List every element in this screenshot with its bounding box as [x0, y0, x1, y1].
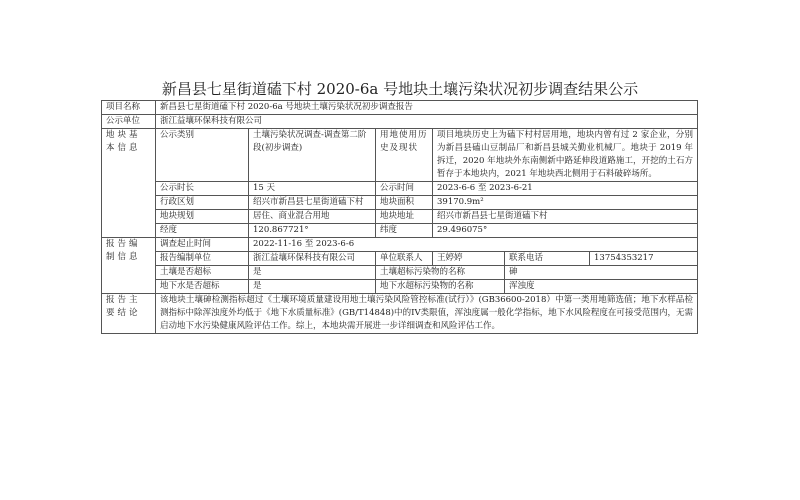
document-title: 新昌县七星街道磕下村 2020-6a 号地块土壤污染状况初步调查结果公示 — [0, 78, 800, 99]
label-publisher: 公示单位 — [102, 115, 156, 129]
section-conclusion: 报告主要结论 — [102, 294, 156, 334]
label-gw-pollutant: 地下水超标污染物的名称 — [376, 280, 505, 294]
row-planning: 地块规划 居住、商业混合用地 地块地址 绍兴市新昌县七星街道磕下村 — [102, 210, 698, 224]
value-gw-exceed: 是 — [249, 280, 376, 294]
label-category: 公示类别 — [156, 129, 249, 182]
value-publisher: 浙江益壤环保科技有限公司 — [156, 115, 698, 129]
value-longitude: 120.867721° — [249, 224, 376, 238]
value-contact: 王婷婷 — [433, 252, 505, 266]
value-duration: 15 天 — [249, 182, 376, 196]
value-history: 项目地块历史上为磕下村村居用地，地块内曾有过 2 家企业，分别为新昌县磕山豆制品… — [433, 129, 698, 182]
row-coordinates: 经度 120.867721° 纬度 29.496075° — [102, 224, 698, 238]
label-soil-pollutant: 土壤超标污染物的名称 — [376, 266, 505, 280]
label-phone: 联系电话 — [505, 252, 590, 266]
value-soil-exceed: 是 — [249, 266, 376, 280]
label-duration: 公示时长 — [156, 182, 249, 196]
label-project-name: 项目名称 — [102, 101, 156, 115]
row-project-name: 项目名称 新昌县七星街道磕下村 2020-6a 号地块土壤污染状况初步调查报告 — [102, 101, 698, 115]
value-planning: 居住、商业混合用地 — [249, 210, 376, 224]
label-district: 行政区划 — [156, 196, 249, 210]
value-conclusion: 该地块土壤砷检测指标超过《土壤环境质量建设用地土壤污染风险管控标准(试行）》(G… — [156, 294, 698, 334]
label-address: 地块地址 — [376, 210, 433, 224]
label-compiler: 报告编制单位 — [156, 252, 249, 266]
section-site-info: 地块基本信息 — [102, 129, 156, 238]
value-soil-pollutant: 砷 — [505, 266, 698, 280]
label-planning: 地块规划 — [156, 210, 249, 224]
row-category: 地块基本信息 公示类别 土壤污染状况调查-调查第二阶段(初步调查) 用地使用历史… — [102, 129, 698, 182]
value-project-name: 新昌县七星街道磕下村 2020-6a 号地块土壤污染状况初步调查报告 — [156, 101, 698, 115]
disclosure-table: 项目名称 新昌县七星街道磕下村 2020-6a 号地块土壤污染状况初步调查报告 … — [101, 100, 698, 334]
row-compiler: 报告编制单位 浙江益壤环保科技有限公司 单位联系人 王婷婷 联系电话 13754… — [102, 252, 698, 266]
row-gw-exceed: 地下水是否超标 是 地下水超标污染物的名称 浑浊度 — [102, 280, 698, 294]
section-report-info: 报告编制信息 — [102, 238, 156, 294]
label-longitude: 经度 — [156, 224, 249, 238]
label-gw-exceed: 地下水是否超标 — [156, 280, 249, 294]
label-area: 地块面积 — [376, 196, 433, 210]
row-district: 行政区划 绍兴市新昌县七星街道磕下村 地块面积 39170.9m² — [102, 196, 698, 210]
value-compiler: 浙江益壤环保科技有限公司 — [249, 252, 376, 266]
row-publisher: 公示单位 浙江益壤环保科技有限公司 — [102, 115, 698, 129]
row-soil-exceed: 土壤是否超标 是 土壤超标污染物的名称 砷 — [102, 266, 698, 280]
value-district: 绍兴市新昌县七星街道磕下村 — [249, 196, 376, 210]
row-survey-period: 报告编制信息 调查起止时间 2022-11-16 至 2023-6-6 — [102, 238, 698, 252]
value-phone: 13754353217 — [590, 252, 698, 266]
label-soil-exceed: 土壤是否超标 — [156, 266, 249, 280]
label-history: 用地使用历史及现状 — [376, 129, 433, 182]
value-gw-pollutant: 浑浊度 — [505, 280, 698, 294]
value-category: 土壤污染状况调查-调查第二阶段(初步调查) — [249, 129, 376, 182]
label-contact: 单位联系人 — [376, 252, 433, 266]
value-survey-period: 2022-11-16 至 2023-6-6 — [249, 238, 698, 252]
row-duration: 公示时长 15 天 公示时间 2023-6-6 至 2023-6-21 — [102, 182, 698, 196]
label-survey-period: 调查起止时间 — [156, 238, 249, 252]
label-latitude: 纬度 — [376, 224, 433, 238]
row-conclusion: 报告主要结论 该地块土壤砷检测指标超过《土壤环境质量建设用地土壤污染风险管控标准… — [102, 294, 698, 334]
label-period: 公示时间 — [376, 182, 433, 196]
value-period: 2023-6-6 至 2023-6-21 — [433, 182, 698, 196]
value-latitude: 29.496075° — [433, 224, 698, 238]
value-address: 绍兴市新昌县七星街道磕下村 — [433, 210, 698, 224]
value-area: 39170.9m² — [433, 196, 698, 210]
